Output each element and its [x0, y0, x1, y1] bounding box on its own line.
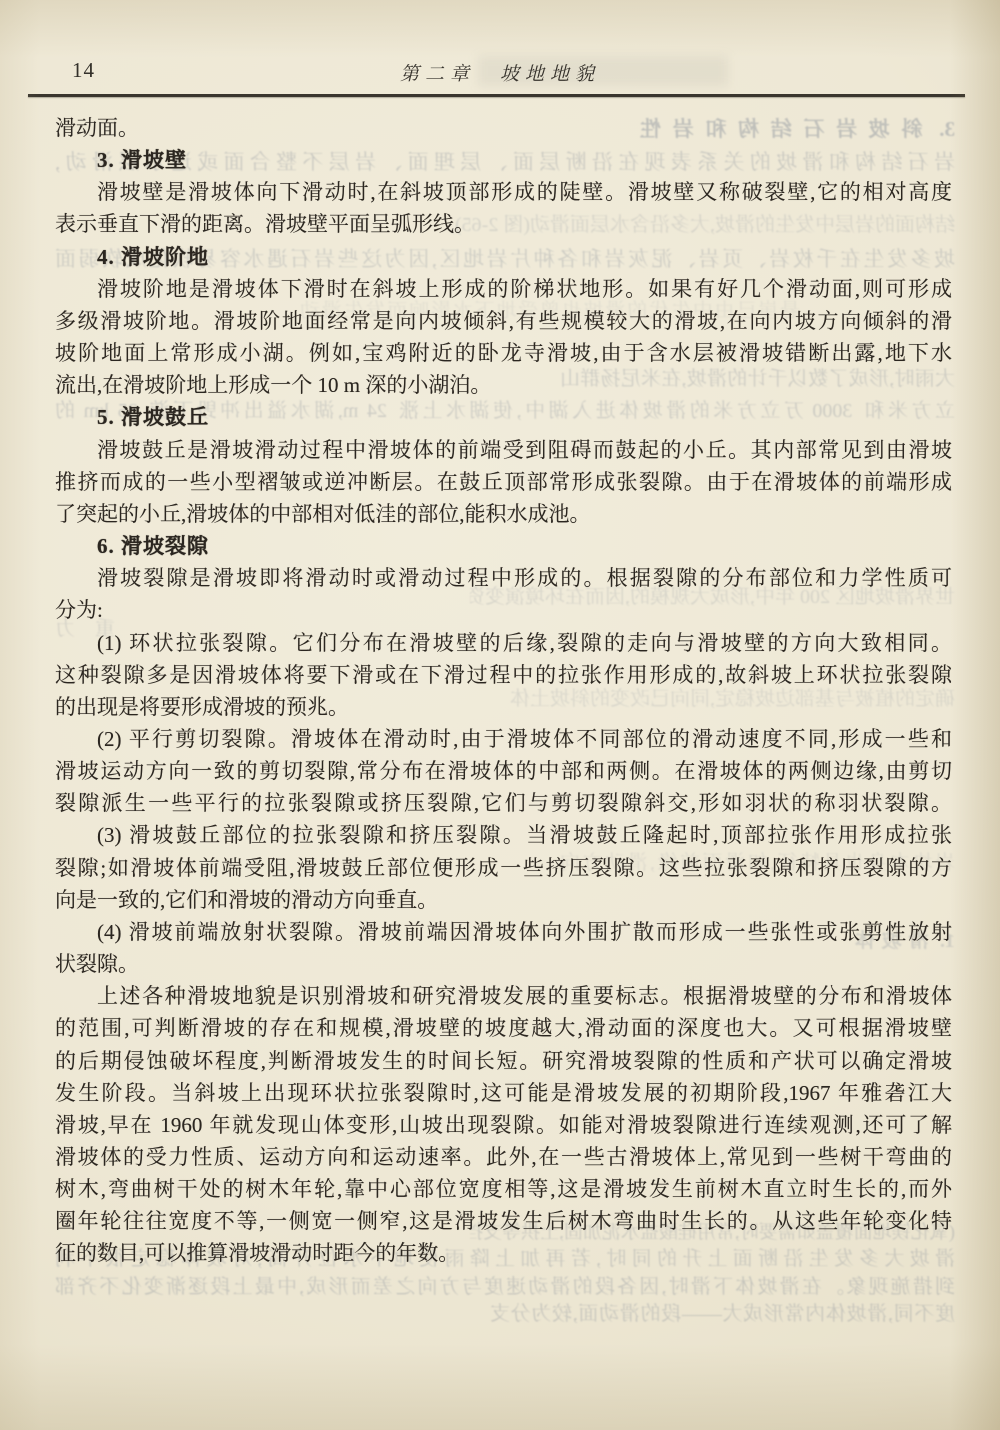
- text-line: 滑动面。: [55, 112, 952, 144]
- header-rule: [28, 94, 965, 97]
- text-line: 滑坡体的受力性质、运动方向和运动速率。此外,在一些古滑坡体上,常见到一些树干弯曲…: [55, 1141, 952, 1173]
- text-block: 滑动面。3. 滑坡壁滑坡壁是滑坡体向下滑动时,在斜坡顶部形成的陡壁。滑坡壁又称破…: [55, 112, 952, 1270]
- section-heading: 5. 滑坡鼓丘: [55, 401, 952, 433]
- text-line: 裂隙派生一些平行的拉张裂隙或挤压裂隙,它们与剪切裂隙斜交,形如羽状的称羽状裂隙。: [55, 787, 952, 819]
- text-line: 表示垂直下滑的距离。滑坡壁平面呈弧形线。: [55, 208, 952, 240]
- text-line: 滑坡鼓丘是滑坡滑动过程中滑坡体的前端受到阻碍而鼓起的小丘。其内部常见到由滑坡: [55, 434, 952, 466]
- text-line: (2) 平行剪切裂隙。滑坡体在滑动时,由于滑坡体不同部位的滑动速度不同,形成一些…: [55, 723, 952, 755]
- bleedthrough-text: 度不同,滑坡体内常形成大——段的滑动面,较为分支: [490, 1303, 955, 1326]
- text-line: (3) 滑坡鼓丘部位的拉张裂隙和挤压裂隙。当滑坡鼓丘隆起时,顶部拉张作用形成拉张: [55, 819, 952, 851]
- text-line: 推挤而成的一些小型褶皱或逆冲断层。在鼓丘顶部常形成张裂隙。由于在滑坡体的前端形成: [55, 466, 952, 498]
- text-line: 征的数目,可以推算滑坡滑动时距今的年数。: [55, 1237, 952, 1269]
- text-line: 滑坡运动方向一致的剪切裂隙,常分布在滑坡体的中部和两侧。在滑坡体的两侧边缘,由剪…: [55, 755, 952, 787]
- text-line: 发生阶段。当斜坡上出现环状拉张裂隙时,这可能是滑坡发展的初期阶段,1967 年雅…: [55, 1077, 952, 1109]
- text-line: 滑坡阶地是滑坡体下滑时在斜坡上形成的阶梯状地形。如果有好几个滑动面,则可形成: [55, 273, 952, 305]
- text-line: 流出,在滑坡阶地上形成一个 10 m 深的小湖泊。: [55, 369, 952, 401]
- text-line: 的范围,可判断滑坡的存在和规模,滑坡壁的坡度越大,滑动面的深度也大。又可根据滑坡…: [55, 1012, 952, 1044]
- text-line: 状裂隙。: [55, 948, 952, 980]
- text-line: 的出现是将要形成滑坡的预兆。: [55, 691, 952, 723]
- text-line: 这种裂隙多是因滑坡体将要下滑或在下滑过程中的拉张作用形成的,故斜坡上环状拉张裂隙: [55, 659, 952, 691]
- text-line: 滑坡裂隙是滑坡即将滑动时或滑动过程中形成的。根据裂隙的分布部位和力学性质可: [55, 562, 952, 594]
- text-line: (1) 环状拉张裂隙。它们分布在滑坡壁的后缘,裂隙的走向与滑坡壁的方向大致相同。: [55, 627, 952, 659]
- text-line: 坡阶地面上常形成小湖。例如,宝鸡附近的卧龙寺滑坡,由于含水层被滑坡错断出露,地下…: [55, 337, 952, 369]
- text-line: 裂隙;如滑坡体前端受阻,滑坡鼓丘部位便形成一些挤压裂隙。这些拉张裂隙和挤压裂隙的…: [55, 852, 952, 884]
- section-heading: 6. 滑坡裂隙: [55, 530, 952, 562]
- section-heading: 4. 滑坡阶地: [55, 241, 952, 273]
- running-head: 第二章 坡地地貌: [0, 59, 1000, 86]
- section-heading: 3. 滑坡壁: [55, 144, 952, 176]
- text-line: 上述各种滑坡地貌是识别滑坡和研究滑坡发展的重要标志。根据滑坡壁的分布和滑坡体: [55, 980, 952, 1012]
- text-line: 分为:: [55, 594, 952, 626]
- text-line: 树木,弯曲树干处的树木年轮,靠中心部位宽度相等,这是滑坡发生前树木直立时生长的,…: [55, 1173, 952, 1205]
- text-line: 滑坡,早在 1960 年就发现山体变形,山坡出现裂隙。如能对滑坡裂隙进行连续观测…: [55, 1109, 952, 1141]
- text-line: 滑坡壁是滑坡体向下滑动时,在斜坡顶部形成的陡壁。滑坡壁又称破裂壁,它的相对高度: [55, 176, 952, 208]
- text-line: 多级滑坡阶地。滑坡阶地面经常是向内坡倾斜,有些规模较大的滑坡,在向内坡方向倾斜的…: [55, 305, 952, 337]
- text-line: 向是一致的,它们和滑坡的滑动方向垂直。: [55, 884, 952, 916]
- bleedthrough-text: 到措施现象。在滑坡体下滑时,因各段的滑动速度与方向之差而形成,中最上段逐渐变化不…: [55, 1276, 955, 1299]
- text-line: (4) 滑坡前端放射状裂隙。滑坡前端因滑坡体向外围扩散而形成一些张性或张剪性放射: [55, 916, 952, 948]
- text-line: 的后期侵蚀破坏程度,判断滑坡发生的时间长短。研究滑坡裂隙的性质和产状可以确定滑坡: [55, 1045, 952, 1077]
- text-line: 了突起的小丘,滑坡体的中部相对低洼的部位,能积水成池。: [55, 498, 952, 530]
- text-line: 圈年轮往往宽度不等,一侧宽一侧窄,这是滑坡发生后树木弯曲时生长的。从这些年轮变化…: [55, 1205, 952, 1237]
